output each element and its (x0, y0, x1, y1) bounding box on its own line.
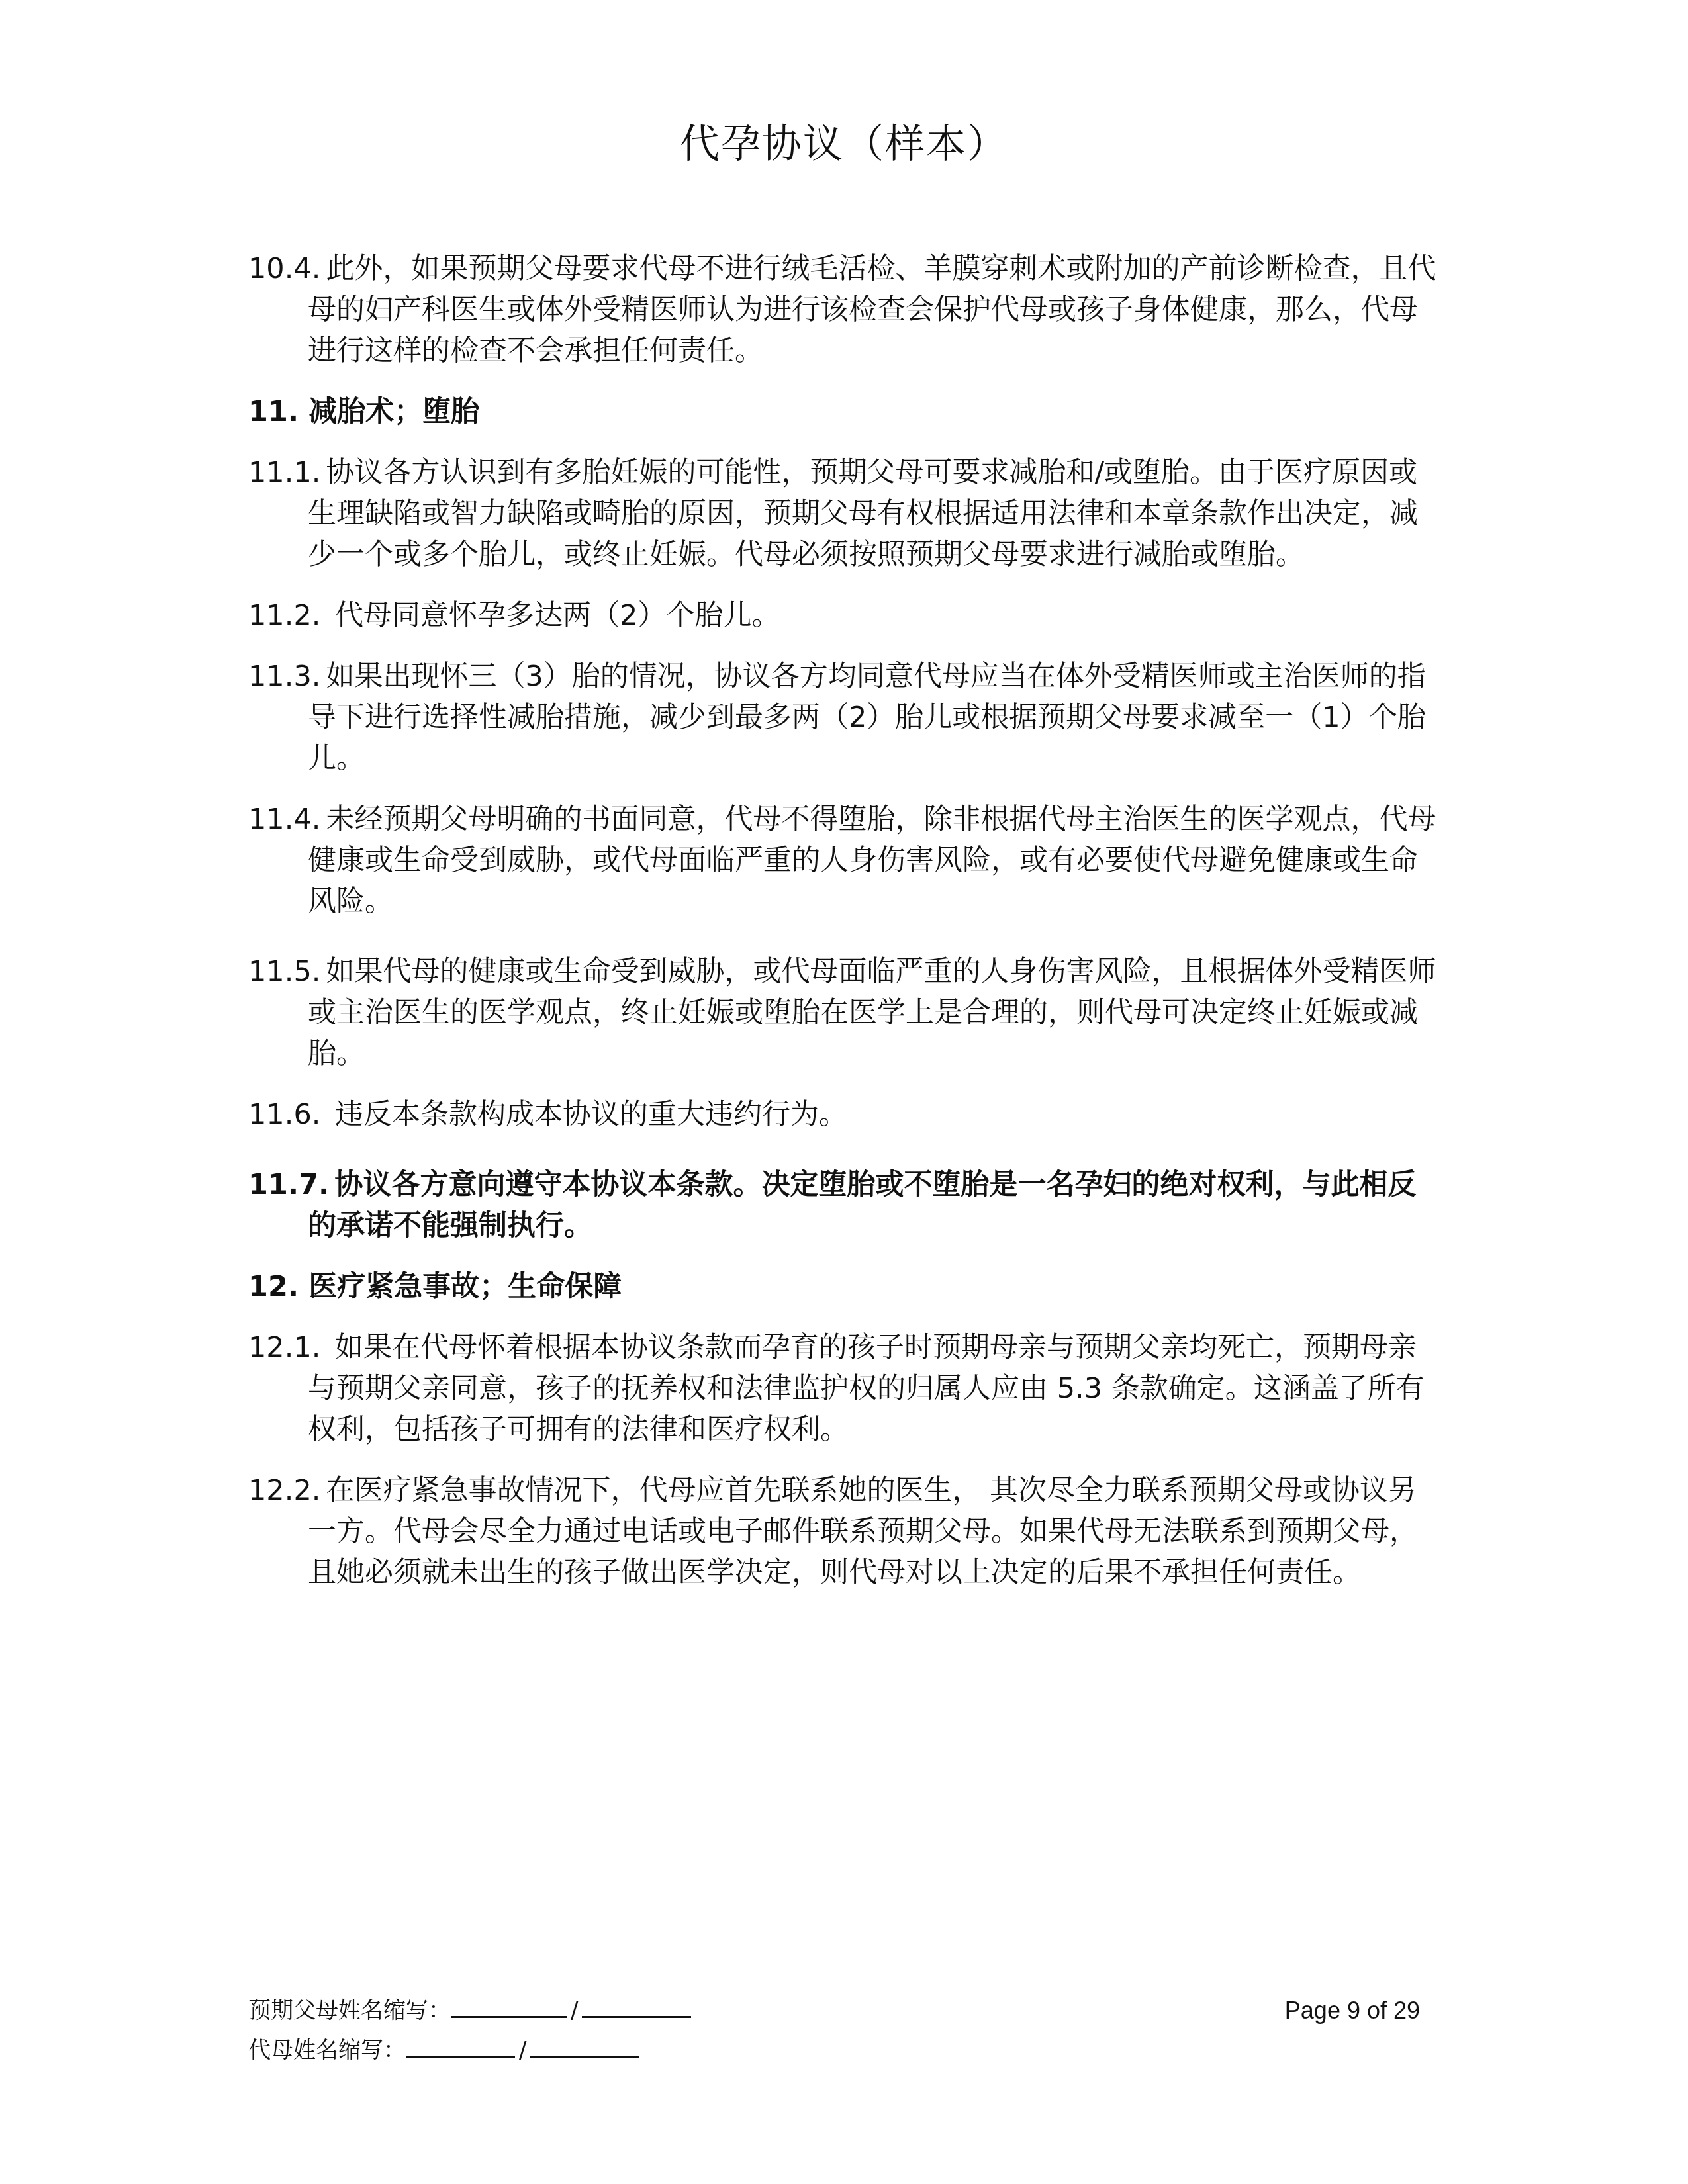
surrogate-initials-field-1[interactable] (406, 2036, 515, 2058)
clause-text: 如果在代母怀着根据本协议条款而孕育的孩子时预期母亲与预期父亲均死亡，预期母亲与预… (308, 1331, 1425, 1446)
clause-text: 协议各方意向遵守本协议本条款。决定堕胎或不堕胎是一名孕妇的绝对权利，与此相反的承… (308, 1168, 1416, 1242)
clause-text: 违反本条款构成本协议的重大违约行为。 (326, 1098, 847, 1131)
parents-initials-row: 预期父母姓名缩写： / Page 9 of 29 (248, 1992, 1420, 2032)
surrogate-initials-row: 代母姓名缩写： / (248, 2032, 1420, 2071)
clause-12-2: 12.2.在医疗紧急事故情况下，代母应首先联系她的医生， 其次尽全力联系预期父母… (248, 1470, 1440, 1593)
clause-number: 10.4. (248, 248, 320, 289)
page-footer: 预期父母姓名缩写： / Page 9 of 29 代母姓名缩写： / (248, 1992, 1420, 2071)
document-page: 代孕协议（样本） 10.4.此外，如果预期父母要求代母不进行绒毛活检、羊膜穿刺术… (0, 0, 1688, 2184)
section-heading-11: 11. 减胎术；堕胎 (248, 391, 1440, 432)
clause-text: 未经预期父母明确的书面同意，代母不得堕胎，除非根据代母主治医生的医学观点，代母健… (308, 803, 1436, 918)
parents-initials-field-2[interactable] (582, 1996, 691, 2018)
clause-text: 在医疗紧急事故情况下，代母应首先联系她的医生， 其次尽全力联系预期父母或协议另一… (308, 1474, 1418, 1589)
clause-text: 此外，如果预期父母要求代母不进行绒毛活检、羊膜穿刺术或附加的产前诊断检查，且代母… (308, 252, 1436, 367)
clause-text: 如果代母的健康或生命受到威胁，或代母面临严重的人身伤害风险，且根据体外受精医师或… (308, 955, 1436, 1070)
clause-number: 11.3. (248, 656, 320, 697)
clause-text: 如果出现怀三（3）胎的情况，协议各方均同意代母应当在体外受精医师或主治医师的指导… (308, 660, 1426, 775)
page-title: 代孕协议（样本） (0, 118, 1688, 171)
clause-number: 11.2. (248, 595, 320, 636)
initials-separator: / (571, 1992, 578, 2029)
clause-number: 12.1. (248, 1327, 320, 1368)
clause-text: 协议各方认识到有多胎妊娠的可能性，预期父母可要求减胎和/或堕胎。由于医疗原因或生… (308, 456, 1418, 571)
surrogate-initials-label: 代母姓名缩写： (248, 2032, 406, 2069)
clause-11-6: 11.6. 违反本条款构成本协议的重大违约行为。 (248, 1094, 1440, 1135)
clause-text: 代母同意怀孕多达两（2）个胎儿。 (326, 599, 780, 632)
clause-number: 11.6. (248, 1094, 320, 1135)
parents-initials-label: 预期父母姓名缩写： (248, 1992, 451, 2029)
clause-11-5: 11.5.如果代母的健康或生命受到威胁，或代母面临严重的人身伤害风险，且根据体外… (248, 951, 1440, 1074)
initials-separator: / (519, 2032, 526, 2069)
clause-number: 11.1. (248, 452, 320, 493)
clause-10-4: 10.4.此外，如果预期父母要求代母不进行绒毛活检、羊膜穿刺术或附加的产前诊断检… (248, 248, 1440, 371)
page-number: Page 9 of 29 (1285, 1992, 1420, 2029)
clause-11-3: 11.3.如果出现怀三（3）胎的情况，协议各方均同意代母应当在体外受精医师或主治… (248, 656, 1440, 779)
clause-number: 12.2. (248, 1470, 320, 1511)
document-body: 10.4.此外，如果预期父母要求代母不进行绒毛活检、羊膜穿刺术或附加的产前诊断检… (248, 248, 1440, 1613)
clause-number: 11.5. (248, 951, 320, 992)
clause-number: 11.4. (248, 799, 320, 840)
clause-12-1: 12.1. 如果在代母怀着根据本协议条款而孕育的孩子时预期母亲与预期父亲均死亡，… (248, 1327, 1440, 1450)
section-heading-12: 12. 医疗紧急事故；生命保障 (248, 1266, 1440, 1307)
parents-initials-field-1[interactable] (451, 1996, 567, 2018)
clause-11-7: 11.7.协议各方意向遵守本协议本条款。决定堕胎或不堕胎是一名孕妇的绝对权利，与… (248, 1164, 1440, 1246)
clause-11-1: 11.1.协议各方认识到有多胎妊娠的可能性，预期父母可要求减胎和/或堕胎。由于医… (248, 452, 1440, 575)
surrogate-initials-field-2[interactable] (530, 2036, 639, 2058)
clause-11-4: 11.4.未经预期父母明确的书面同意，代母不得堕胎，除非根据代母主治医生的医学观… (248, 799, 1440, 922)
clause-number: 11.7. (248, 1164, 329, 1205)
clause-11-2: 11.2. 代母同意怀孕多达两（2）个胎儿。 (248, 595, 1440, 636)
